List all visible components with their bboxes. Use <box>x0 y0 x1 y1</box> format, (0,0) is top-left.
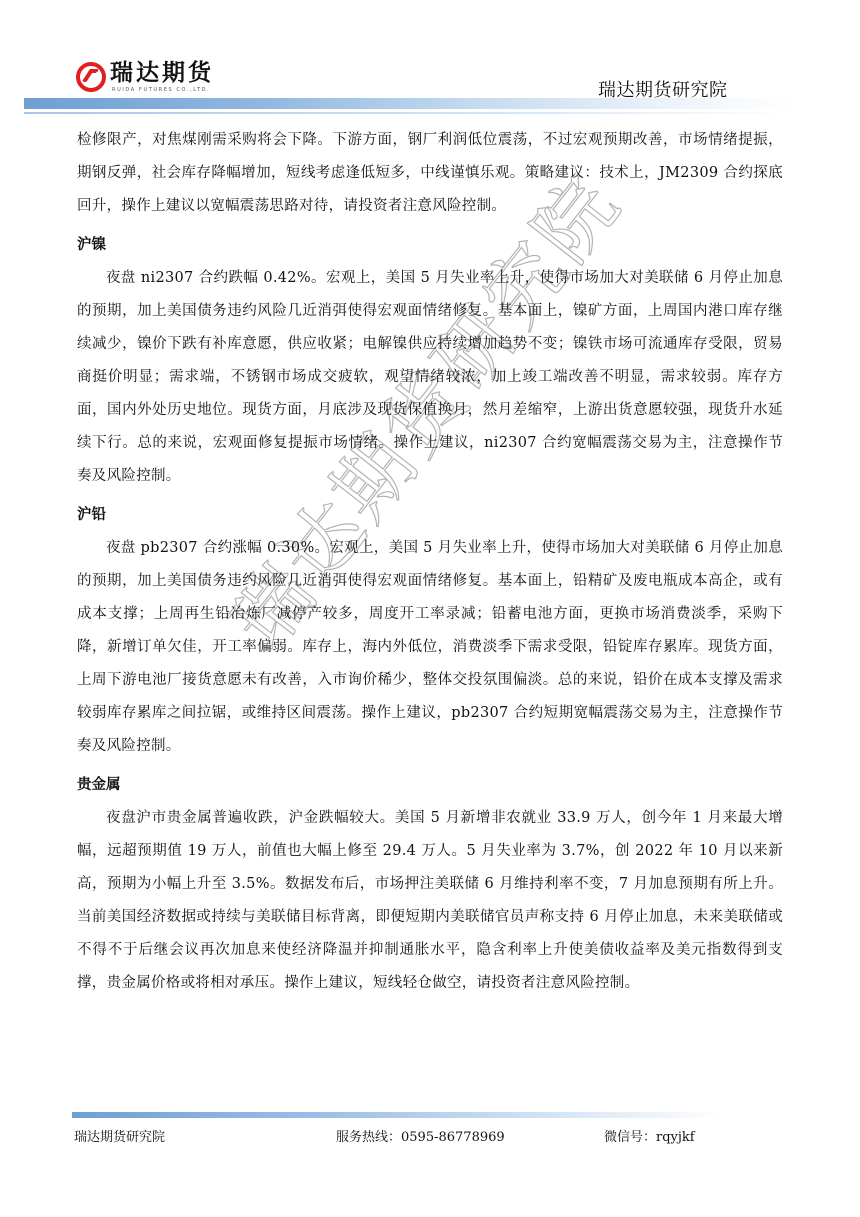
footer-hotline: 服务热线：0595-86778969 <box>336 1126 505 1145</box>
hotline-label: 服务热线： <box>336 1130 401 1145</box>
header-gradient-bar <box>24 98 794 109</box>
ruida-logo-icon <box>76 62 106 92</box>
section-lead: 沪铅 夜盘 pb2307 合约涨幅 0.30%。宏观上，美国 5 月失业率上升，… <box>77 499 783 763</box>
intro-paragraph: 检修限产，对焦煤刚需采购将会下降。下游方面，钢厂利润低位震荡，不过宏观预期改善，… <box>77 124 783 223</box>
section-title: 沪镍 <box>77 229 783 262</box>
section-title: 沪铅 <box>77 499 783 532</box>
wechat-label: 微信号： <box>604 1130 656 1145</box>
section-precious-metals: 贵金属 夜盘沪市贵金属普遍收跌，沪金跌幅较大。美国 5 月新增非农就业 33.9… <box>77 769 783 1000</box>
section-title: 贵金属 <box>77 769 783 802</box>
page-footer: 瑞达期货研究院 服务热线：0595-86778969 微信号：rqyjkf <box>74 1126 774 1146</box>
footer-gradient-bar <box>72 1112 724 1118</box>
company-logo: 瑞达期货 RUIDA FUTURES CO.,LTD. <box>76 60 214 100</box>
footer-wechat: 微信号：rqyjkf <box>604 1126 695 1145</box>
section-paragraph: 夜盘沪市贵金属普遍收跌，沪金跌幅较大。美国 5 月新增非农就业 33.9 万人，… <box>77 802 783 1000</box>
logo-chinese-name: 瑞达期货 <box>110 60 214 86</box>
footer-org: 瑞达期货研究院 <box>74 1126 165 1145</box>
wechat-id: rqyjkf <box>656 1130 695 1145</box>
section-paragraph: 夜盘 ni2307 合约跌幅 0.42%。宏观上，美国 5 月失业率上升，使得市… <box>77 262 783 493</box>
report-body: 检修限产，对焦煤刚需采购将会下降。下游方面，钢厂利润低位震荡，不过宏观预期改善，… <box>77 124 783 1000</box>
section-nickel: 沪镍 夜盘 ni2307 合约跌幅 0.42%。宏观上，美国 5 月失业率上升，… <box>77 229 783 493</box>
page-header: 瑞达期货 RUIDA FUTURES CO.,LTD. 瑞达期货研究院 <box>0 0 860 120</box>
section-paragraph: 夜盘 pb2307 合约涨幅 0.30%。宏观上，美国 5 月失业率上升，使得市… <box>77 532 783 763</box>
hotline-number: 0595-86778969 <box>401 1130 505 1145</box>
header-divider <box>24 112 794 114</box>
logo-english-name: RUIDA FUTURES CO.,LTD. <box>112 86 214 94</box>
